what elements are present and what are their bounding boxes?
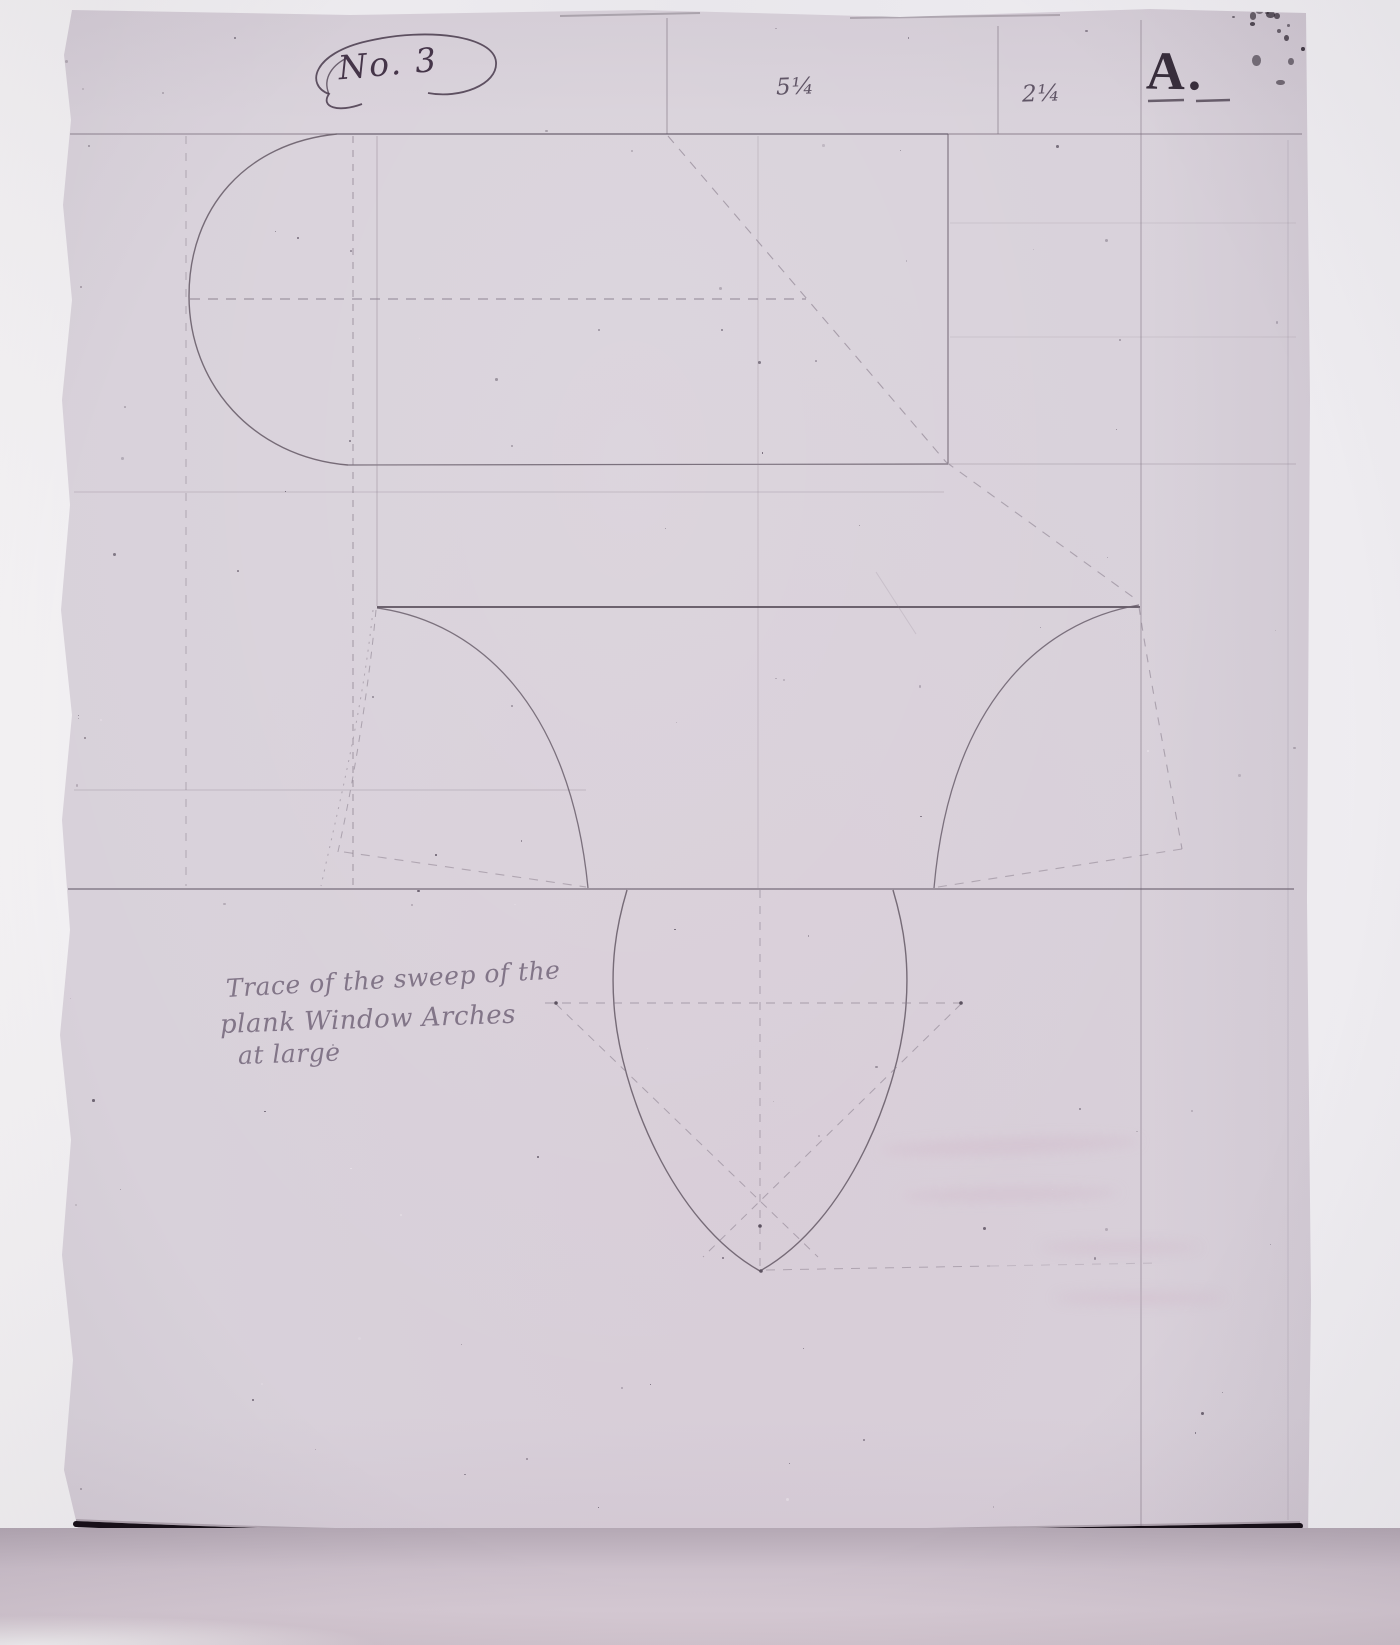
stray-scratch: [876, 572, 916, 634]
dimension-label-center: 5¼: [776, 73, 816, 100]
right-base-dashed: [938, 849, 1182, 887]
paper-speck: [1147, 750, 1149, 752]
tip-baseline-faint: [990, 1263, 1158, 1266]
cove-left-arc: [377, 608, 588, 888]
paper-speck: [400, 1214, 402, 1216]
figure-arch-sweep: [545, 890, 1158, 1273]
paper-speck: [285, 491, 286, 492]
paper-speck: [65, 60, 68, 63]
paper-speck: [621, 1387, 623, 1389]
handwritten-note-line3: at large: [237, 1037, 341, 1070]
paper-speck: [919, 685, 922, 688]
paper-speck: [758, 361, 761, 364]
paper-speck: [78, 715, 79, 716]
paper-speck: [80, 1488, 82, 1490]
ink-blotch: [1274, 13, 1279, 19]
cove-right-arc: [934, 605, 1139, 888]
paper-speck: [598, 329, 600, 331]
paper-speck: [719, 287, 722, 290]
dot-tip: [759, 1269, 763, 1273]
paper-speck: [1105, 1228, 1108, 1231]
paper-speck: [1107, 557, 1108, 558]
ink-blotch: [1232, 16, 1235, 18]
figure-cove-section: [321, 572, 1182, 888]
paper-speck: [537, 1156, 538, 1157]
paper-speck: [419, 338, 420, 339]
underlying-page: [0, 1528, 1400, 1645]
lancet-diagonal-left: [556, 1004, 818, 1257]
ink-blotch: [1277, 29, 1281, 33]
dot-left: [554, 1001, 558, 1005]
paper-speck: [124, 406, 126, 408]
dimension-label-right: 2¼: [1022, 80, 1062, 107]
paper-speck: [1040, 627, 1041, 628]
scanned-drawing-page: No. 3 5¼ 2¼ A. Trace of the sweep of the…: [0, 0, 1400, 1645]
torn-top-smudge-1: [560, 13, 700, 16]
paper-speck: [1085, 30, 1087, 32]
diagonal-dashed-1: [668, 136, 946, 462]
paper-speck: [1116, 429, 1117, 430]
paper-speck: [514, 904, 516, 906]
paper-speck: [84, 737, 86, 739]
ink-blotch: [1276, 80, 1285, 86]
paper-speck: [435, 854, 437, 856]
construction-drawing: [0, 0, 1400, 1645]
paper-speck: [495, 378, 498, 381]
paper-speck: [464, 1474, 465, 1475]
ink-blotch: [1252, 55, 1260, 66]
dot-center: [758, 1224, 762, 1228]
figure-rounded-plan: [186, 134, 1137, 888]
paper-speck: [1094, 1257, 1096, 1259]
paper-speck: [762, 452, 764, 454]
right-drop-dashed: [1139, 607, 1182, 849]
dot-right: [959, 1001, 963, 1005]
plate-letter-label: A.: [1145, 39, 1205, 102]
left-flare-dotted: [321, 610, 373, 886]
paper-speck: [1195, 1432, 1197, 1434]
left-flare-dashed: [337, 610, 376, 856]
paper-speck: [121, 457, 124, 460]
tip-baseline-dashed: [766, 1266, 990, 1270]
ink-blotch: [1250, 22, 1255, 26]
drawing-sheet: No. 3 5¼ 2¼ A. Trace of the sweep of the…: [0, 0, 1400, 1645]
paper-smudge: [1040, 1242, 1200, 1253]
stadium-bottom-edge: [348, 464, 948, 465]
paper-speck: [275, 231, 276, 232]
paper-speck: [349, 440, 350, 441]
paper-speck: [417, 890, 419, 892]
paper-speck: [237, 570, 239, 572]
paper-speck: [92, 1099, 95, 1102]
paper-speck: [863, 1439, 865, 1441]
ink-blotch: [1301, 47, 1305, 51]
left-base-dashed: [344, 852, 586, 887]
paper-speck: [1119, 339, 1121, 341]
paper-speck: [350, 250, 352, 252]
diagonal-dashed-2: [946, 462, 1137, 600]
paper-speck: [1033, 249, 1034, 250]
paper-smudge: [1055, 1292, 1225, 1304]
paper-speck: [162, 92, 164, 94]
ink-blotch: [1284, 35, 1289, 42]
paper-speck: [815, 360, 817, 362]
ink-blotch: [1250, 12, 1257, 19]
paper-speck: [818, 1135, 820, 1137]
paper-speck: [1056, 145, 1059, 148]
paper-speck: [113, 553, 116, 556]
paper-speck: [822, 144, 825, 147]
paper-speck: [647, 1048, 648, 1049]
lancet-diagonal-right: [703, 1004, 961, 1257]
paper-speck: [908, 37, 909, 38]
paper-speck: [1079, 1108, 1081, 1110]
paper-speck: [75, 1204, 77, 1206]
